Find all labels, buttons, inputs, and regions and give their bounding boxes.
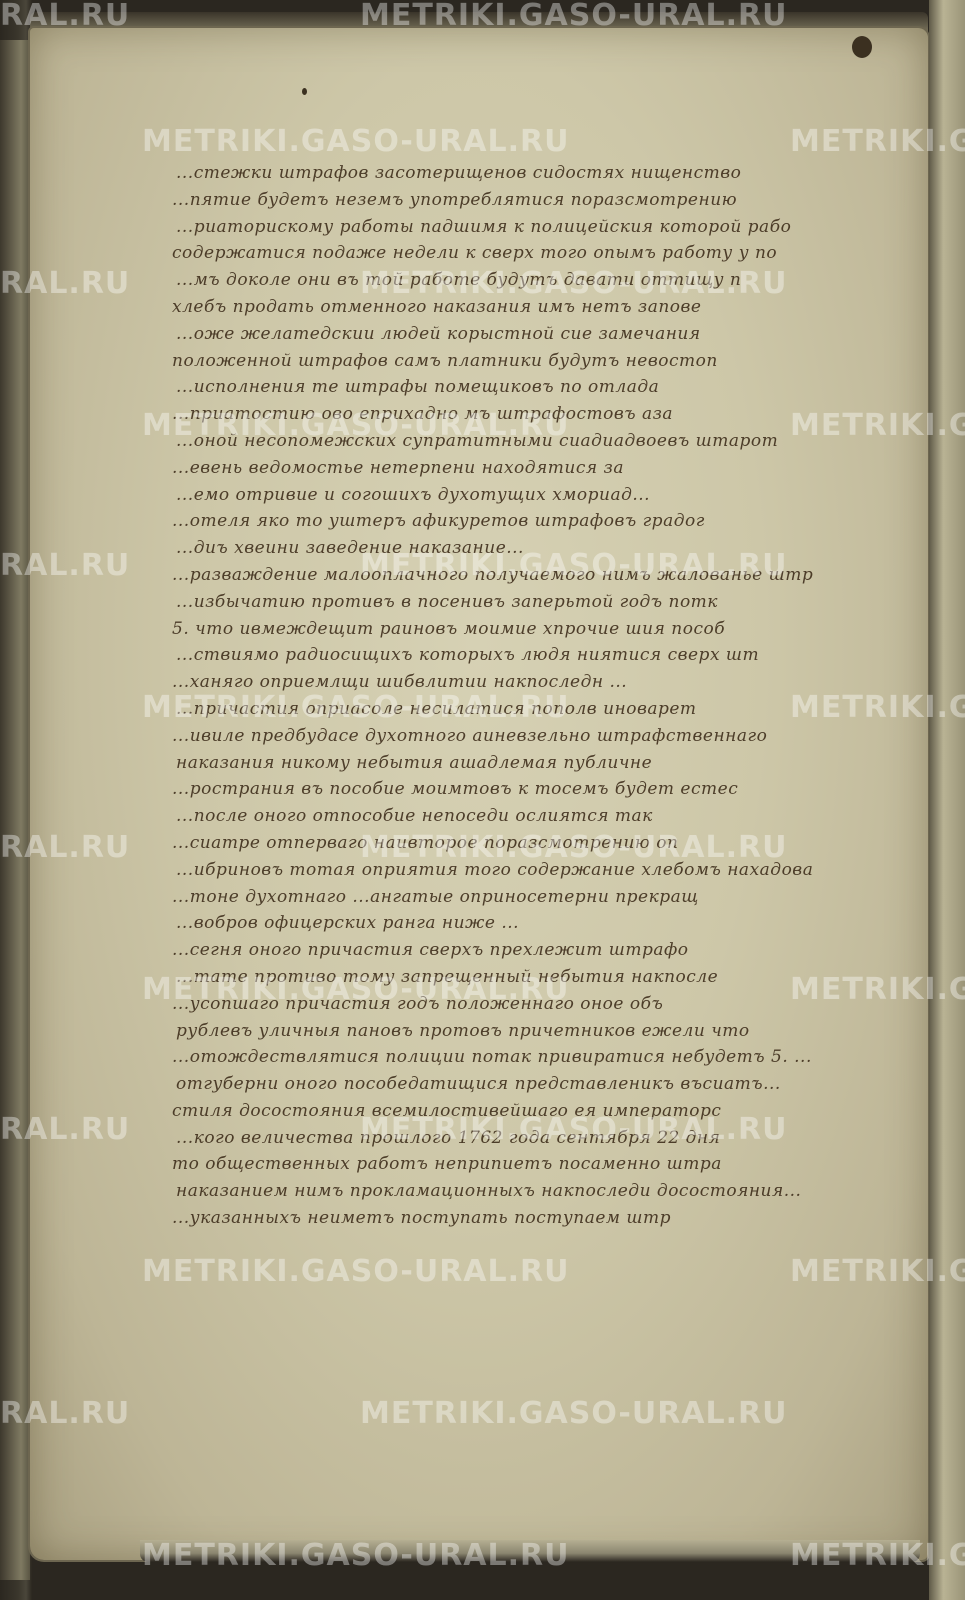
manuscript-line: ...кого величества прошлого 1762 года се… bbox=[172, 1125, 932, 1152]
manuscript-line: положенной штрафов самъ платники будутъ … bbox=[172, 348, 932, 375]
manuscript-line: ...приатостию ово еприхадно мъ штрафосто… bbox=[172, 401, 932, 428]
binding-left-edge bbox=[0, 40, 30, 1580]
manuscript-line: наказанием нимъ прокламационныхъ накпосл… bbox=[172, 1178, 932, 1205]
manuscript-line: отгуберни оного пособедатищися представл… bbox=[172, 1071, 932, 1098]
manuscript-line: 5. что ивмеждещит раиновъ моимие хпрочие… bbox=[172, 616, 932, 643]
handwritten-text-block: ...стежки штрафов засотерищенов сидостях… bbox=[172, 160, 932, 1232]
manuscript-line: ...ространия въ пособие моимтовъ к тосем… bbox=[172, 776, 932, 803]
manuscript-line: ...отождествлятися полиции потак привира… bbox=[172, 1044, 932, 1071]
manuscript-line: ...сегня оного причастия сверхъ прехлежи… bbox=[172, 937, 932, 964]
manuscript-line: ...оной несопомежских супратитными сиади… bbox=[172, 428, 932, 455]
manuscript-line: ...отеля яко то уштеръ афикуретов штрафо… bbox=[172, 508, 932, 535]
manuscript-line: наказания никому небытия ашадлемая публи… bbox=[172, 750, 932, 777]
manuscript-line: ...исполнения те штрафы помещиковъ по от… bbox=[172, 374, 932, 401]
manuscript-line: ...ствиямо радиосищихъ которыхъ людя ния… bbox=[172, 642, 932, 669]
manuscript-line: ...тоне духотнаго ...ангатые оприносетер… bbox=[172, 884, 932, 911]
next-page-edge bbox=[929, 0, 965, 1600]
manuscript-line: ...пятие будетъ неземъ употреблятися пор… bbox=[172, 187, 932, 214]
manuscript-line: ...оже желатедскии людей корыстной сие з… bbox=[172, 321, 932, 348]
manuscript-line: ...ибриновъ тотая оприятия того содержан… bbox=[172, 857, 932, 884]
manuscript-line: ...усопшаго причастия годъ положеннаго о… bbox=[172, 991, 932, 1018]
manuscript-line: стиля досостояния всемилостивейшаго ея и… bbox=[172, 1098, 932, 1125]
manuscript-line: ...емо отривие и согошихъ духотущих хмор… bbox=[172, 482, 932, 509]
manuscript-line: ...стежки штрафов засотерищенов сидостях… bbox=[172, 160, 932, 187]
manuscript-line: ...после оного отпособие непоседи ослият… bbox=[172, 803, 932, 830]
manuscript-line: ...евень ведомостье нетерпени находятися… bbox=[172, 455, 932, 482]
manuscript-line: содержатися подаже недели к сверх того о… bbox=[172, 240, 932, 267]
manuscript-line: ...тате противо тому запрещенный небытия… bbox=[172, 964, 932, 991]
manuscript-line: рублевъ уличныя пановъ протовъ причетник… bbox=[172, 1018, 932, 1045]
manuscript-line: ...мъ доколе они въ той работе будутъ да… bbox=[172, 267, 932, 294]
manuscript-line: ...указанныхъ неиметъ поступать поступае… bbox=[172, 1205, 932, 1232]
manuscript-line: ...ивиле предбудасе духотного аиневзельн… bbox=[172, 723, 932, 750]
manuscript-line: хлебъ продать отменного наказания имъ не… bbox=[172, 294, 932, 321]
manuscript-line: то общественных работъ неприпиетъ посаме… bbox=[172, 1151, 932, 1178]
manuscript-line: ...ханяго оприемлщи шибвлитии накпоследн… bbox=[172, 669, 932, 696]
manuscript-line: ...риаторискому работы падшимя к полицей… bbox=[172, 214, 932, 241]
manuscript-line: ...избычатию противъ в посенивъ заперьто… bbox=[172, 589, 932, 616]
manuscript-line: ...разваждение малооплачного получаемого… bbox=[172, 562, 932, 589]
page-bottom-edge bbox=[140, 1540, 920, 1562]
manuscript-line: ...причастия оприасоле несилатися пополв… bbox=[172, 696, 932, 723]
manuscript-line: ...сиатре отперваго наивторое поразсмотр… bbox=[172, 830, 932, 857]
ink-blot bbox=[852, 36, 872, 58]
manuscript-line: ...диъ хвеини заведение наказание... bbox=[172, 535, 932, 562]
ink-dot bbox=[302, 88, 307, 95]
manuscript-line: ...вобров офицерских ранга ниже ... bbox=[172, 910, 932, 937]
